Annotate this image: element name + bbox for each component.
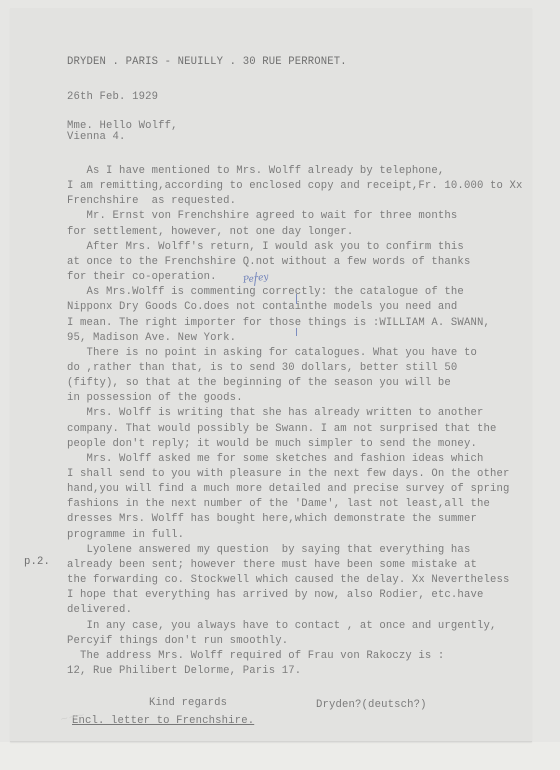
page-margin-note: p.2. (24, 556, 50, 568)
body-line: programme in full. (67, 529, 184, 541)
body-line: Percyif things don't run smoothly. (67, 635, 288, 647)
body-line: do ,rather than that, is to send 30 doll… (67, 362, 457, 374)
body-line: I shall send to you with pleasure in the… (67, 468, 510, 480)
body-line: 12, Rue Philibert Delorme, Paris 17. (67, 665, 301, 677)
body-line: fashions in the next number of the 'Dame… (67, 498, 490, 510)
body-line: As Mrs.Wolff is commenting correctly: th… (67, 286, 464, 298)
body-line: After Mrs. Wolff's return, I would ask y… (67, 241, 464, 253)
body-line: As I have mentioned to Mrs. Wolff alread… (67, 165, 444, 177)
body-line: Frenchshire as requested. (67, 195, 236, 207)
body-line: in possession of the goods. (67, 392, 243, 404)
body-line: dresses Mrs. Wolff has bought here,which… (67, 513, 477, 525)
letterhead: DRYDEN . PARIS - NEUILLY . 30 RUE PERRON… (67, 56, 347, 68)
body-line: already been sent; however there must ha… (67, 559, 477, 571)
closing: Kind regards (149, 697, 227, 709)
body-line: Nipponx Dry Goods Co.does not containthe… (67, 301, 457, 313)
body-line: for settlement, however, not one day lon… (67, 226, 353, 238)
body-line: I mean. The right importer for those thi… (67, 317, 490, 329)
pencil-stroke (296, 328, 297, 336)
body-line: company. That would possibly be Swann. I… (67, 423, 496, 435)
body-line: In any case, you always have to contact … (67, 620, 496, 632)
body-line: Mrs. Wolff asked me for some sketches an… (67, 453, 483, 465)
signature: Dryden?(deutsch?) (316, 699, 427, 711)
body-line: Mrs. Wolff is writing that she has alrea… (67, 407, 483, 419)
body-line: 95, Madison Ave. New York. (67, 332, 236, 344)
body-line: the forwarding co. Stockwell which cause… (67, 574, 510, 586)
body-line: at once to the Frenchshire Q.not without… (67, 256, 470, 268)
body-line: for their co-operation. (67, 271, 217, 283)
body-line: There is no point in asking for catalogu… (67, 347, 477, 359)
pencil-stroke (296, 294, 297, 304)
letter-date: 26th Feb. 1929 (67, 91, 158, 103)
body-line: hand,you will find a much more detailed … (67, 483, 510, 495)
body-line: (fifty), so that at the beginning of the… (67, 377, 451, 389)
recipient-city: Vienna 4. (67, 131, 126, 143)
body-line: The address Mrs. Wolff required of Frau … (67, 650, 444, 662)
body-line: Mr. Ernst von Frenchshire agreed to wait… (67, 210, 457, 222)
enclosure-note: Encl. letter to Frenchshire. (72, 715, 254, 727)
body-line: I hope that everything has arrived by no… (67, 589, 483, 601)
body-line: I am remitting,according to enclosed cop… (67, 180, 523, 192)
body-line: delivered. (67, 604, 132, 616)
background-surface (0, 742, 560, 770)
body-line: people don't reply; it would be much sim… (67, 438, 477, 450)
body-line: Lyolene answered my question by saying t… (67, 544, 470, 556)
